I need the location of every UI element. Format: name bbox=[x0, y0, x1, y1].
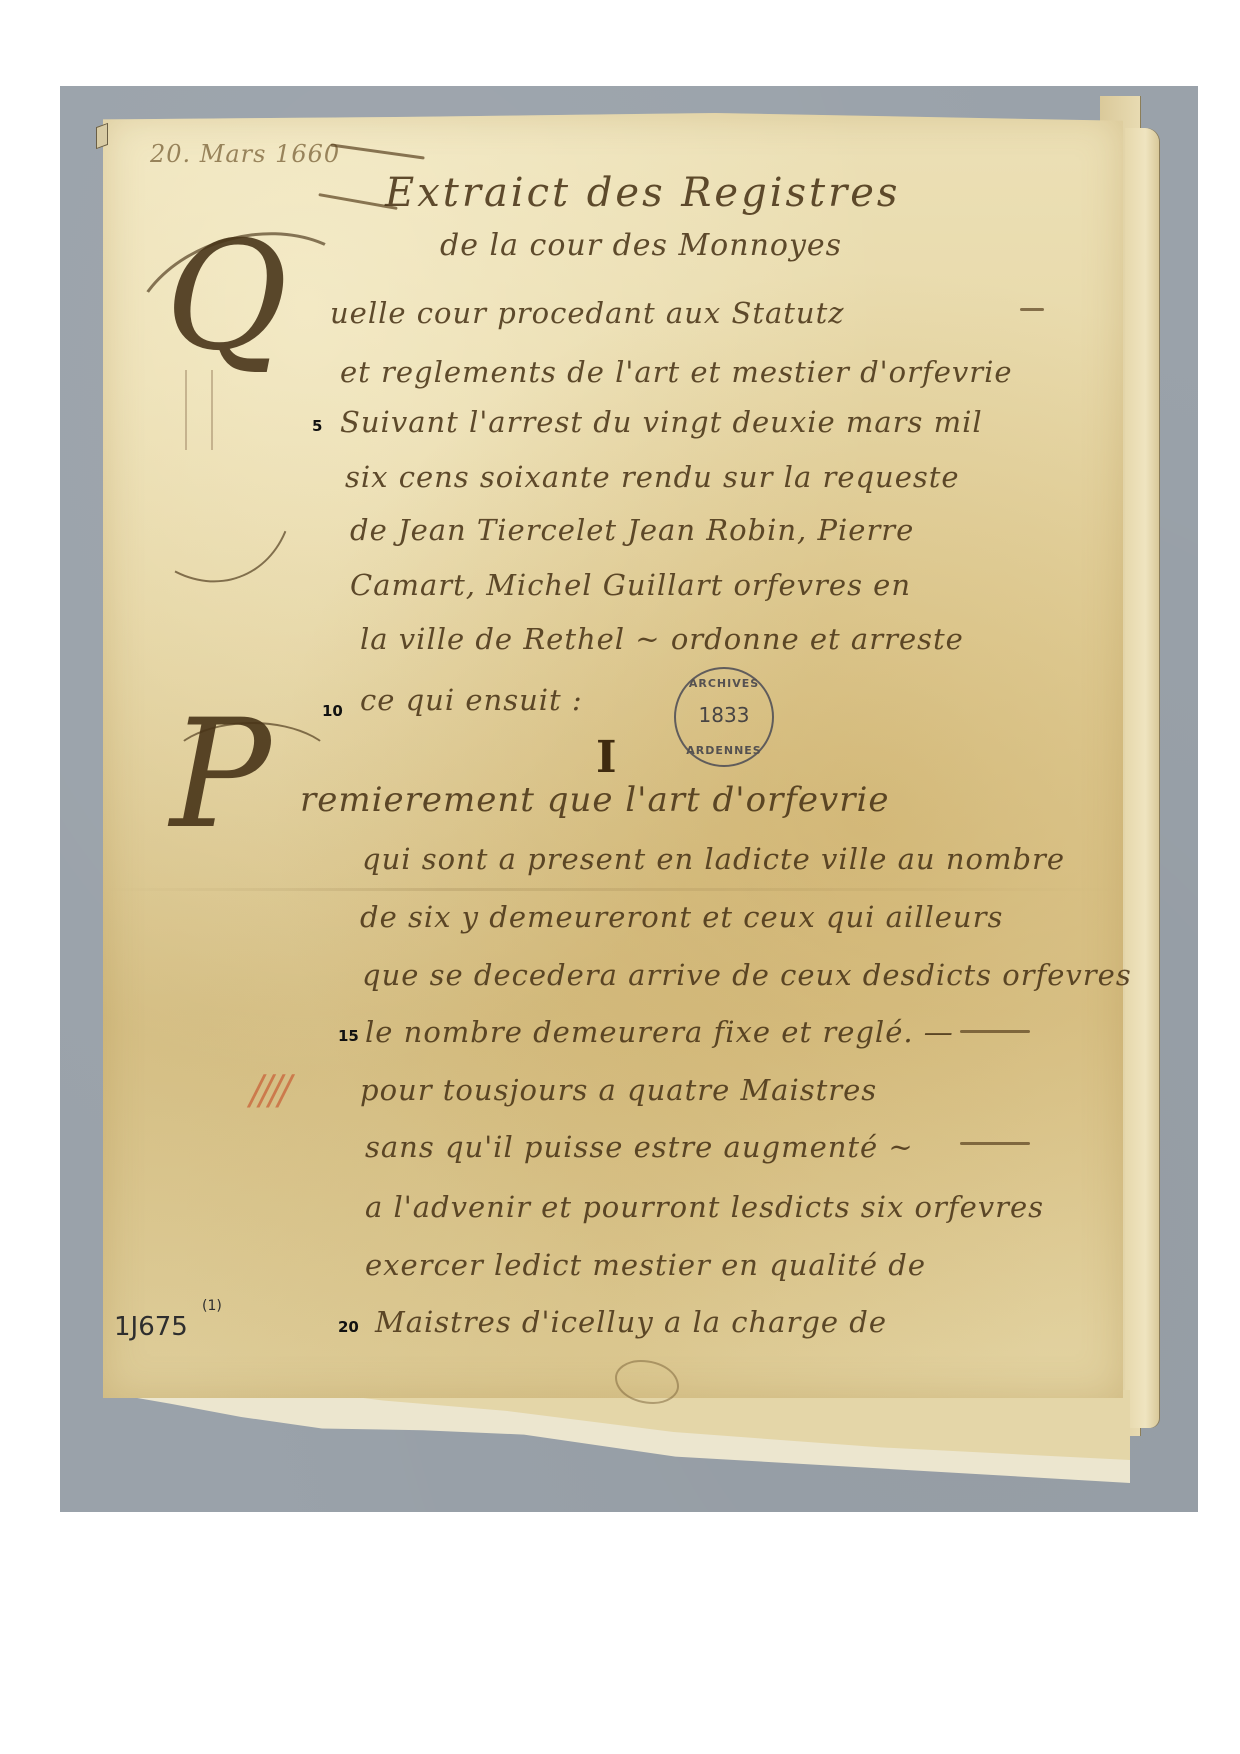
section-numeral: I bbox=[596, 732, 617, 783]
pencil-margin-mark bbox=[185, 370, 213, 450]
binding-tab bbox=[96, 123, 108, 149]
text-line: qui sont a present en ladicte ville au n… bbox=[362, 842, 1065, 876]
text-line: et reglements de l'art et mestier d'orfe… bbox=[340, 355, 1013, 389]
text-line: pour tousjours a quatre Maistres bbox=[360, 1073, 877, 1107]
catalog-reference: 1J675 bbox=[114, 1312, 188, 1342]
catalog-reference-superscript: (1) bbox=[202, 1298, 222, 1314]
back-sheet-edge-outer bbox=[1125, 128, 1159, 1428]
text-line: six cens soixante rendu sur la requeste bbox=[345, 460, 960, 494]
line-number-5: 5 bbox=[312, 417, 322, 435]
text-line: Camart, Michel Guillart orfevres en bbox=[350, 568, 911, 602]
text-line: que se decedera arrive de ceux desdicts … bbox=[362, 958, 1132, 992]
stamp-top-text: ARCHIVES bbox=[676, 677, 772, 690]
text-line: le nombre demeurera fixe et reglé. — bbox=[365, 1015, 954, 1049]
line-number-15: 15 bbox=[338, 1027, 359, 1045]
margin-date-annotation: 20. Mars 1660 bbox=[150, 140, 340, 168]
text-line: ce qui ensuit : bbox=[360, 683, 583, 717]
text-line: de Jean Tiercelet Jean Robin, Pierre bbox=[350, 513, 914, 547]
document-title: Extraict des Registres bbox=[385, 170, 900, 216]
line-end-dash bbox=[960, 1142, 1030, 1145]
text-line: de six y demeureront et ceux qui ailleur… bbox=[360, 900, 1003, 934]
stamp-bottom-text: ARDENNES bbox=[676, 744, 772, 757]
page-fold-line bbox=[103, 888, 1123, 891]
document-subtitle: de la cour des Monnoyes bbox=[440, 228, 842, 263]
text-line: la ville de Rethel ~ ordonne et arreste bbox=[360, 622, 964, 656]
text-line: a l'advenir et pourront lesdicts six orf… bbox=[365, 1190, 1044, 1224]
line-number-20: 20 bbox=[338, 1318, 359, 1336]
text-line: Suivant l'arrest du vingt deuxie mars mi… bbox=[340, 405, 983, 439]
red-margin-tally-mark: //// bbox=[250, 1068, 288, 1114]
text-line: remierement que l'art d'orfevrie bbox=[300, 780, 890, 820]
text-line: uelle cour procedant aux Statutz bbox=[330, 296, 845, 330]
text-line: exercer ledict mestier en qualité de bbox=[365, 1248, 926, 1282]
stamp-year: 1833 bbox=[676, 703, 772, 727]
text-line: sans qu'il puisse estre augmenté ~ bbox=[365, 1130, 914, 1164]
line-end-dash bbox=[960, 1030, 1030, 1033]
line-end-dash bbox=[1020, 308, 1044, 311]
archive-stamp: ARCHIVES 1833 ARDENNES bbox=[674, 667, 774, 767]
line-number-10: 10 bbox=[322, 702, 343, 720]
text-line: Maistres d'icelluy a la charge de bbox=[375, 1305, 887, 1339]
